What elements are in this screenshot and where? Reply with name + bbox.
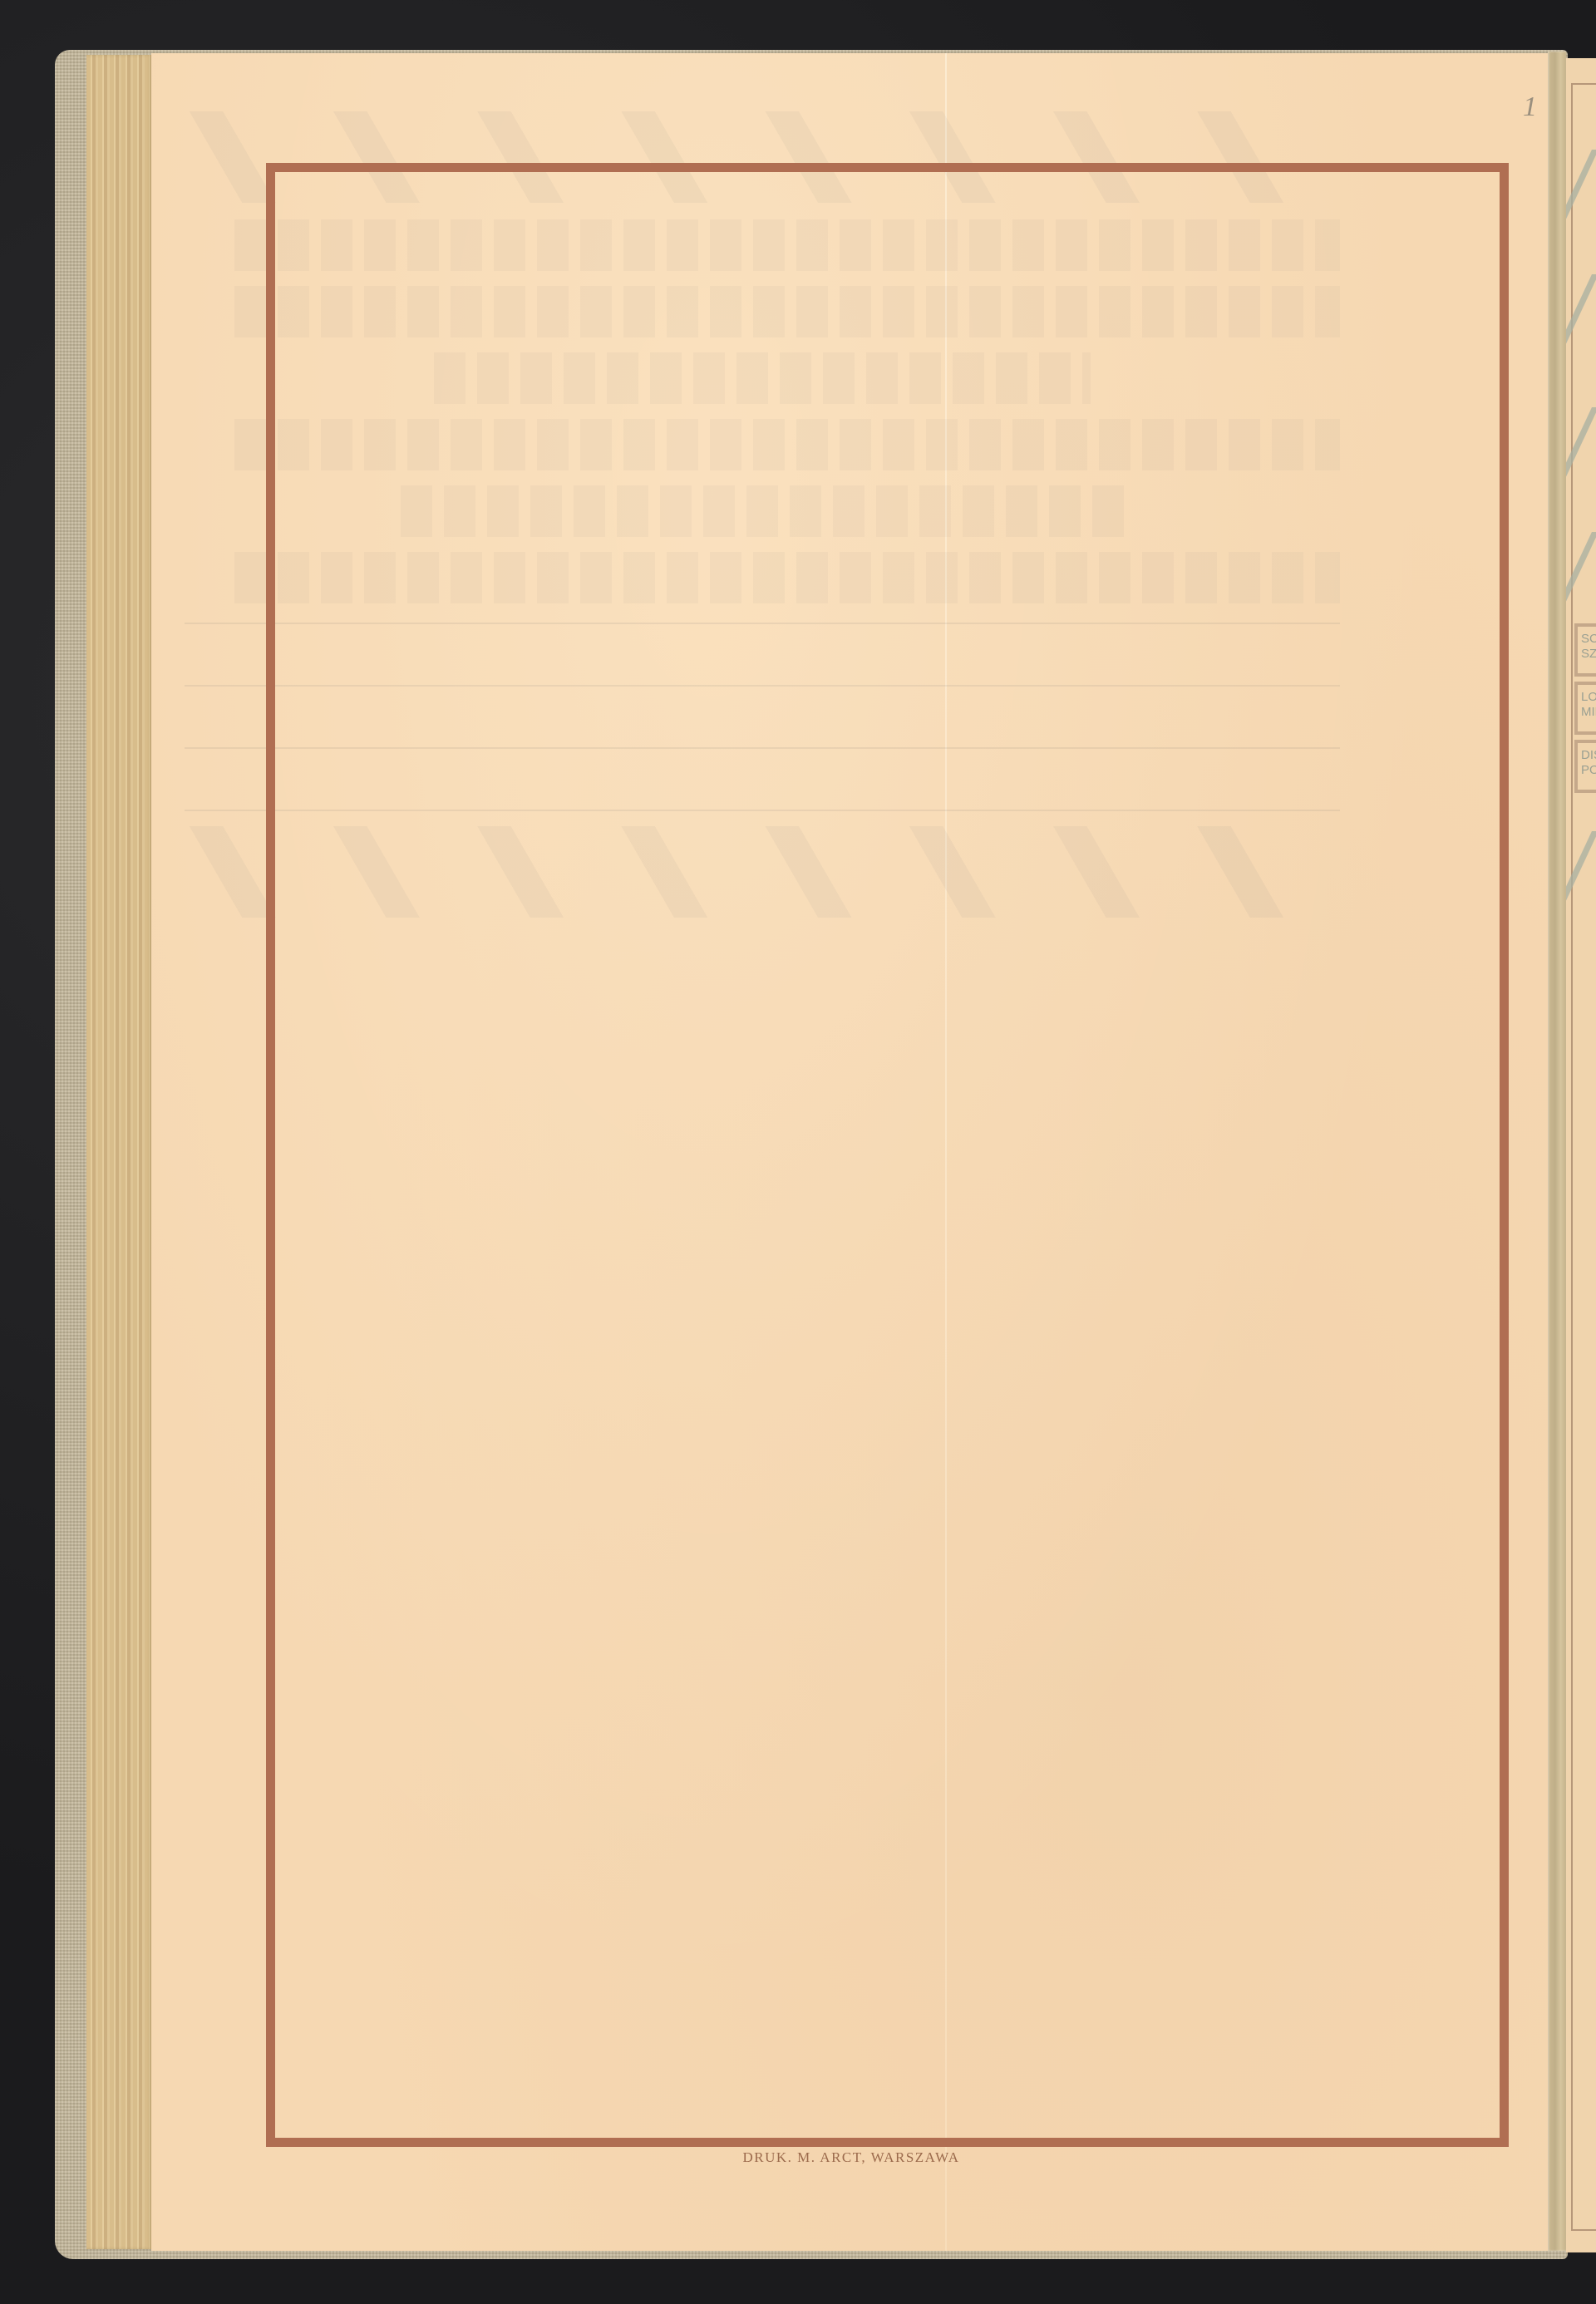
printer-imprint: DRUK. M. ARCT, WARSZAWA	[151, 2149, 1551, 2166]
facing-page-frame	[1571, 83, 1596, 2231]
facing-fragment: SZK	[1581, 647, 1596, 661]
facing-label-box: SCH SZK	[1574, 623, 1596, 677]
facing-fragment: MIE	[1581, 705, 1596, 719]
page-edges-stack	[86, 55, 151, 2249]
facing-label-box: DIS PO	[1574, 740, 1596, 793]
facing-label-box: LO MIE	[1574, 682, 1596, 735]
facing-fragment: PO	[1581, 763, 1596, 777]
facing-fragment: SCH	[1581, 632, 1596, 646]
facing-fragment: DIS	[1581, 748, 1596, 762]
decorative-red-frame	[266, 163, 1509, 2147]
facing-fragment: LO	[1581, 690, 1596, 704]
book-page: 1 DRUK. M. ARCT, WARSZAWA	[151, 53, 1551, 2251]
book-gutter	[1548, 52, 1566, 2251]
facing-page-edge: SCH SZK LO MIE DIS PO	[1566, 58, 1596, 2252]
pencil-page-number: 1	[1523, 91, 1537, 123]
